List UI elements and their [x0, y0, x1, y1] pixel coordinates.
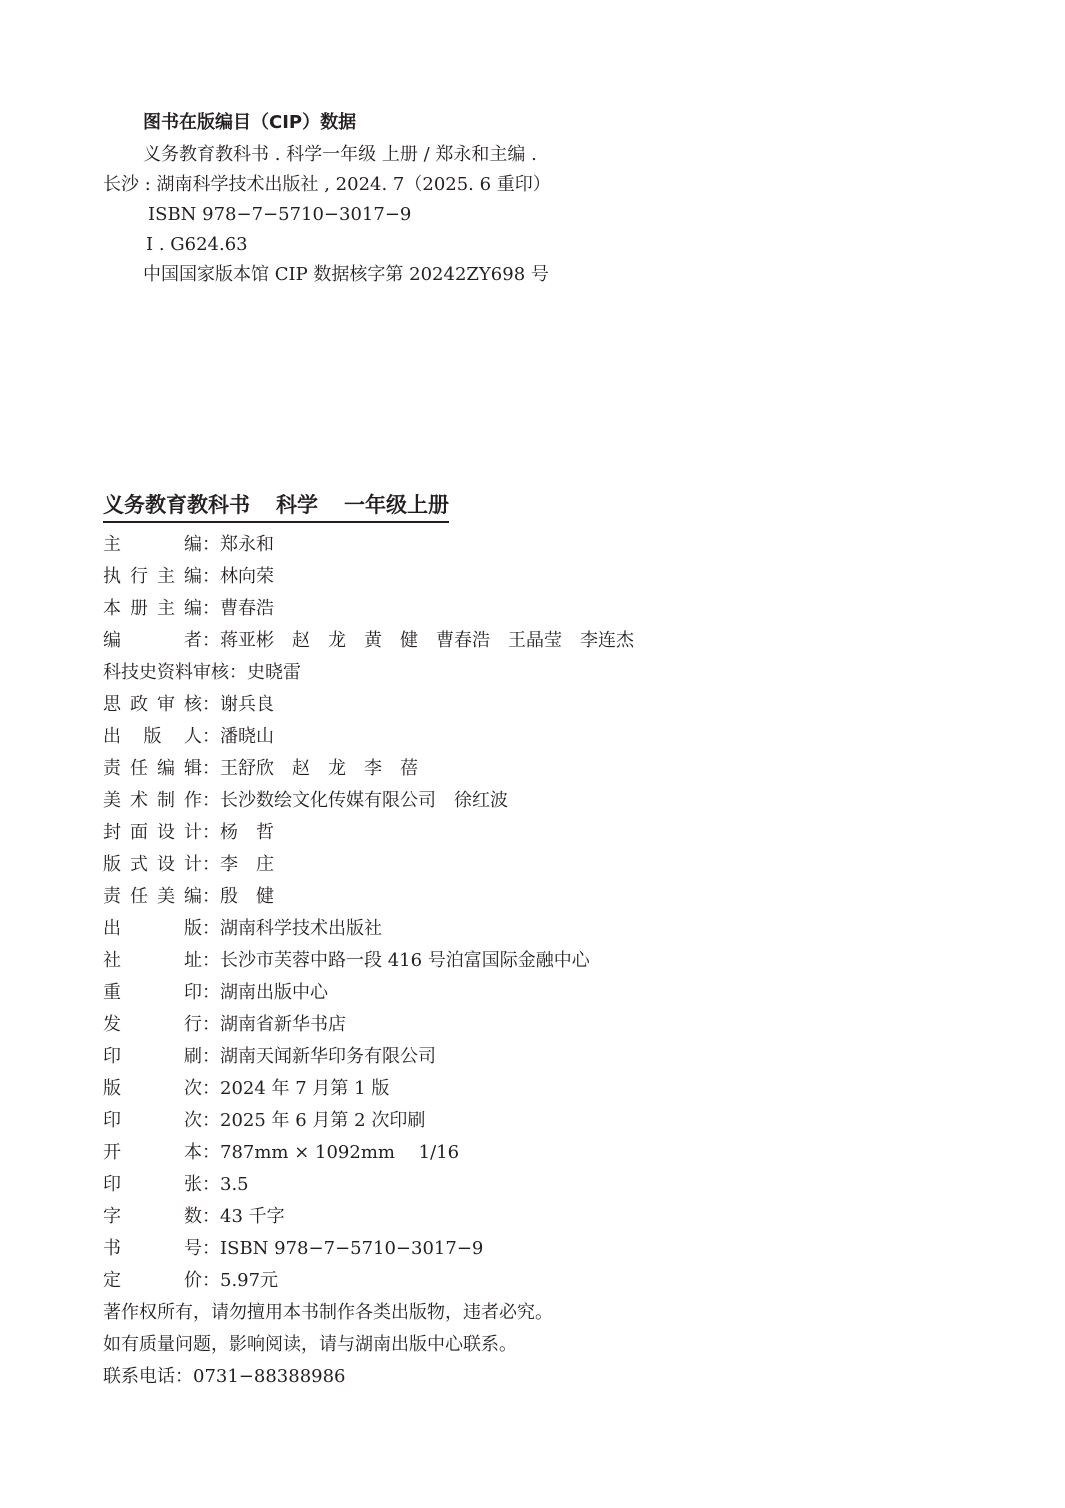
label: 社 址 — [103, 945, 202, 977]
cip-title: 图书在版编目（CIP）数据 — [143, 110, 356, 136]
colon: ： — [202, 945, 220, 977]
colon: ： — [202, 1073, 220, 1105]
colon: ： — [229, 657, 247, 689]
value: 43 千字 — [220, 1201, 285, 1233]
row-volume-editor: 本册主编：曹春浩 — [103, 593, 634, 625]
row-publisher-person: 出 版 人：潘晓山 — [103, 721, 634, 753]
colon: ： — [202, 817, 220, 849]
colon: ： — [202, 977, 220, 1009]
value: 2025 年 6 月第 2 次印刷 — [220, 1105, 425, 1137]
colon: ： — [202, 1137, 220, 1169]
label: 执行主编 — [103, 561, 202, 593]
cip-line-publisher: 长沙 : 湖南科学技术出版社 , 2024. 7（2025. 6 重印） — [103, 172, 551, 198]
row-distribution: 发 行：湖南省新华书店 — [103, 1009, 634, 1041]
row-edition: 版 次：2024 年 7 月第 1 版 — [103, 1073, 634, 1105]
quality-notice: 如有质量问题，影响阅读，请与湖南出版中心联系。 — [103, 1329, 634, 1361]
value: 殷 健 — [220, 881, 274, 913]
row-chief-editor: 主 编：郑永和 — [103, 529, 634, 561]
label: 思政审核 — [103, 689, 202, 721]
label: 重 印 — [103, 977, 202, 1009]
row-publisher: 出 版：湖南科学技术出版社 — [103, 913, 634, 945]
colon: ： — [202, 1041, 220, 1073]
row-isbn: 书 号：ISBN 978−7−5710−3017−9 — [103, 1233, 634, 1265]
colophon-title-grade: 一年级上册 — [344, 493, 449, 517]
label: 定 价 — [103, 1265, 202, 1297]
value: 杨 哲 — [220, 817, 274, 849]
label: 出 版 人 — [103, 721, 202, 753]
row-impression: 印 次：2025 年 6 月第 2 次印刷 — [103, 1105, 634, 1137]
value: 5.97元 — [220, 1265, 278, 1297]
cip-line-isbn: ISBN 978−7−5710−3017−9 — [148, 202, 411, 228]
colophon-title: 义务教育教科书科学一年级上册 — [103, 490, 449, 523]
colon: ： — [202, 913, 220, 945]
colophon-title-subject: 科学 — [276, 493, 318, 517]
row-printing: 印 刷：湖南天闻新华印务有限公司 — [103, 1041, 634, 1073]
row-layout-design: 版式设计：李 庄 — [103, 849, 634, 881]
label: 发 行 — [103, 1009, 202, 1041]
phone-number: 0731−88388986 — [193, 1361, 346, 1393]
value: 787mm × 1092mm 1/16 — [220, 1137, 459, 1169]
label: 开 本 — [103, 1137, 202, 1169]
colon: ： — [202, 721, 220, 753]
label: 印 张 — [103, 1169, 202, 1201]
value: 蒋亚彬 赵 龙 黄 健 曹春浩 王晶莹 李连杰 — [220, 625, 634, 657]
label: 出 版 — [103, 913, 202, 945]
row-history-reviewer: 科技史资料审核：史晓雷 — [103, 657, 634, 689]
row-printed-sheets: 印 张：3.5 — [103, 1169, 634, 1201]
colon: ： — [202, 1169, 220, 1201]
label: 科技史资料审核 — [103, 657, 229, 689]
row-price: 定 价：5.97元 — [103, 1265, 634, 1297]
value: 湖南出版中心 — [220, 977, 328, 1009]
row-authors: 编 者：蒋亚彬 赵 龙 黄 健 曹春浩 王晶莹 李连杰 — [103, 625, 634, 657]
value: 湖南省新华书店 — [220, 1009, 346, 1041]
label: 美术制作 — [103, 785, 202, 817]
label: 本册主编 — [103, 593, 202, 625]
colon: ： — [202, 753, 220, 785]
colon: ： — [202, 1201, 220, 1233]
value: 潘晓山 — [220, 721, 274, 753]
row-format: 开 本：787mm × 1092mm 1/16 — [103, 1137, 634, 1169]
row-cover-design: 封面设计：杨 哲 — [103, 817, 634, 849]
colon: ： — [202, 593, 220, 625]
row-executive-editor: 执行主编：林向荣 — [103, 561, 634, 593]
value: 长沙市芙蓉中路一段 416 号泊富国际金融中心 — [220, 945, 590, 977]
notice-text: 如有质量问题，影响阅读，请与湖南出版中心联系。 — [103, 1329, 517, 1361]
row-art-production: 美术制作：长沙数绘文化传媒有限公司 徐红波 — [103, 785, 634, 817]
value: 曹春浩 — [220, 593, 274, 625]
row-address: 社 址：长沙市芙蓉中路一段 416 号泊富国际金融中心 — [103, 945, 634, 977]
row-word-count: 字 数：43 千字 — [103, 1201, 634, 1233]
row-reprint: 重 印：湖南出版中心 — [103, 977, 634, 1009]
colon: ： — [202, 1233, 220, 1265]
label: 编 者 — [103, 625, 202, 657]
value: 湖南天闻新华印务有限公司 — [220, 1041, 436, 1073]
colon: ： — [202, 1105, 220, 1137]
label: 封面设计 — [103, 817, 202, 849]
colon: ： — [202, 785, 220, 817]
label: 印 刷 — [103, 1041, 202, 1073]
label: 字 数 — [103, 1201, 202, 1233]
cip-line-classification: Ⅰ . G624.63 — [146, 232, 248, 258]
colon: ： — [202, 529, 220, 561]
notice-text: 著作权所有，请勿擅用本书制作各类出版物，违者必究。 — [103, 1297, 553, 1329]
label: 主 编 — [103, 529, 202, 561]
value: 李 庄 — [220, 849, 274, 881]
colon: ： — [202, 561, 220, 593]
value: 王舒欣 赵 龙 李 蓓 — [220, 753, 418, 785]
value: 林向荣 — [220, 561, 274, 593]
value: 史晓雷 — [247, 657, 301, 689]
cip-line-title-author: 义务教育教科书 . 科学一年级 上册 / 郑永和主编 . — [143, 142, 537, 168]
label: 联系电话 — [103, 1361, 175, 1393]
label: 印 次 — [103, 1105, 202, 1137]
colon: ： — [202, 849, 220, 881]
colon: ： — [202, 881, 220, 913]
colophon-details: 主 编：郑永和 执行主编：林向荣 本册主编：曹春浩 编 者：蒋亚彬 赵 龙 黄 … — [103, 529, 634, 1393]
value: 谢兵良 — [220, 689, 274, 721]
label: 责任编辑 — [103, 753, 202, 785]
colon: ： — [202, 1009, 220, 1041]
row-contact-phone: 联系电话：0731−88388986 — [103, 1361, 634, 1393]
row-responsible-editors: 责任编辑：王舒欣 赵 龙 李 蓓 — [103, 753, 634, 785]
colon: ： — [175, 1361, 193, 1393]
value: 郑永和 — [220, 529, 274, 561]
label: 版 次 — [103, 1073, 202, 1105]
value: 2024 年 7 月第 1 版 — [220, 1073, 389, 1105]
cip-line-cip-number: 中国国家版本馆 CIP 数据核字第 20242ZY698 号 — [143, 262, 549, 288]
value: 长沙数绘文化传媒有限公司 徐红波 — [220, 785, 508, 817]
row-art-editor: 责任美编：殷 健 — [103, 881, 634, 913]
row-ideology-reviewer: 思政审核：谢兵良 — [103, 689, 634, 721]
colophon-title-series: 义务教育教科书 — [103, 493, 250, 517]
label: 书 号 — [103, 1233, 202, 1265]
copyright-notice: 著作权所有，请勿擅用本书制作各类出版物，违者必究。 — [103, 1297, 634, 1329]
colon: ： — [202, 1265, 220, 1297]
value: ISBN 978−7−5710−3017−9 — [220, 1233, 483, 1265]
colon: ： — [202, 625, 220, 657]
label: 版式设计 — [103, 849, 202, 881]
label: 责任美编 — [103, 881, 202, 913]
colon: ： — [202, 689, 220, 721]
value: 3.5 — [220, 1169, 249, 1201]
value: 湖南科学技术出版社 — [220, 913, 382, 945]
